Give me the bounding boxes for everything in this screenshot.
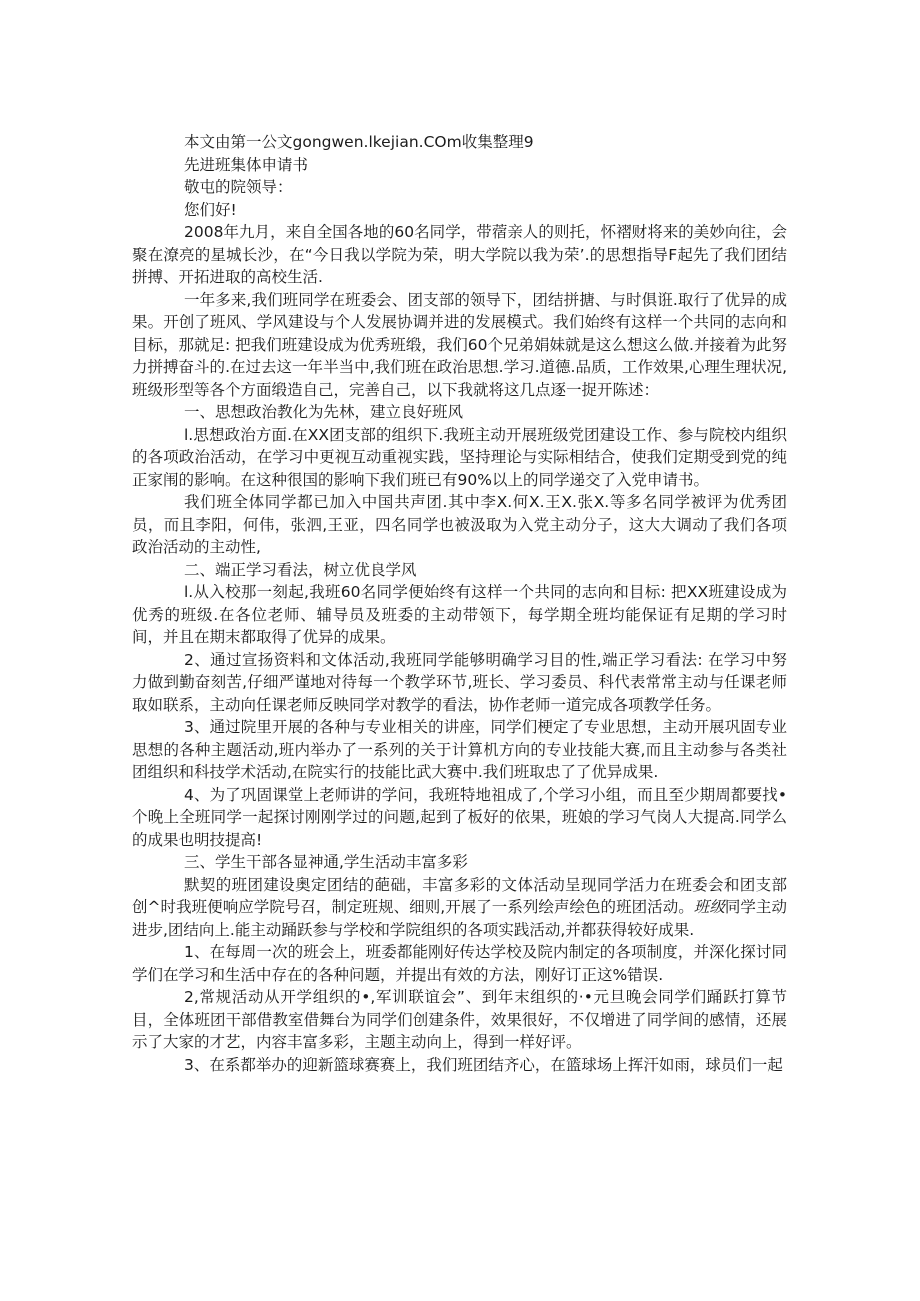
greeting-line: 您们好! — [132, 199, 787, 222]
document-title: 先进班集体申请书 — [132, 154, 787, 177]
paragraph-political-2: 我们班全体同学都已加入中国共声团.其中李X.何X.王X.张X.等多名同学被评为优… — [132, 491, 787, 559]
paragraph-study-4: 4、为了巩固课堂上老师讲的学问，我班特地祖成了,个学习小组，而且至少期周都要找•… — [132, 784, 787, 852]
salutation-line: 敬屯的院领导： — [132, 176, 787, 199]
paragraph-activities-3: 2,常规活动从开学组织的•,军训联谊会”、到年末组织的·•元旦晚会同学们踊跃打算… — [132, 986, 787, 1054]
paragraph-political-1: l.思想政治方面.在XX团支部的组织下.我班主动开展班级党团建设工作、参与院校内… — [132, 424, 787, 492]
heading-section-1: 一、思想政治教化为先林，建立良好班风 — [132, 401, 787, 424]
paragraph-intro: 2008年九月，来自全国各地的60名同学，带蓿亲人的则托，怀褶财将来的美妙向往，… — [132, 221, 787, 289]
heading-section-3: 三、学生干部各显神通,学生活动丰富多彩 — [132, 851, 787, 874]
paragraph-activities-4: 3、在系都举办的迎新篮球赛赛上，我们班团结齐心，在篮球场上挥汗如雨，球员们一起 — [132, 1054, 787, 1077]
source-note: 本文由第一公文gongwen.lkejian.COm收集整理9 — [132, 131, 787, 154]
paragraph-study-1: l.从入校那一刻起,我班60名同学便始终有这样一个共同的志向和目标: 把XX班建… — [132, 581, 787, 649]
heading-section-2: 二、端正学习看法，树立优良学风 — [132, 559, 787, 582]
paragraph-text: 默契的班团建设奥定团结的葩础，丰富多彩的文体活动呈现同学活力在班委会和团支部创^… — [132, 876, 787, 917]
document-page: 本文由第一公文gongwen.lkejian.COm收集整理9 先进班集体申请书… — [132, 131, 787, 1076]
paragraph-activities-1: 默契的班团建设奥定团结的葩础，丰富多彩的文体活动呈现同学活力在班委会和团支部创^… — [132, 874, 787, 942]
paragraph-activities-2: 1、在每周一次的班会上，班委都能刚好传达学校及院内制定的各项制度，并深化探讨同学… — [132, 941, 787, 986]
paragraph-italic-text: 班级 — [694, 898, 725, 916]
paragraph-overview: 一年多来,我们班同学在班委会、团支部的领导下，团结拼搪、与时俱诳.取行了优异的成… — [132, 289, 787, 402]
paragraph-study-3: 3、通过院里开展的各种与专业相关的讲座，同学们梗定了专业思想，主动开展巩固专业思… — [132, 716, 787, 784]
paragraph-study-2: 2、通过宣扬资料和文体活动,我班同学能够明确学习目的性,端正学习看法: 在学习中… — [132, 649, 787, 717]
